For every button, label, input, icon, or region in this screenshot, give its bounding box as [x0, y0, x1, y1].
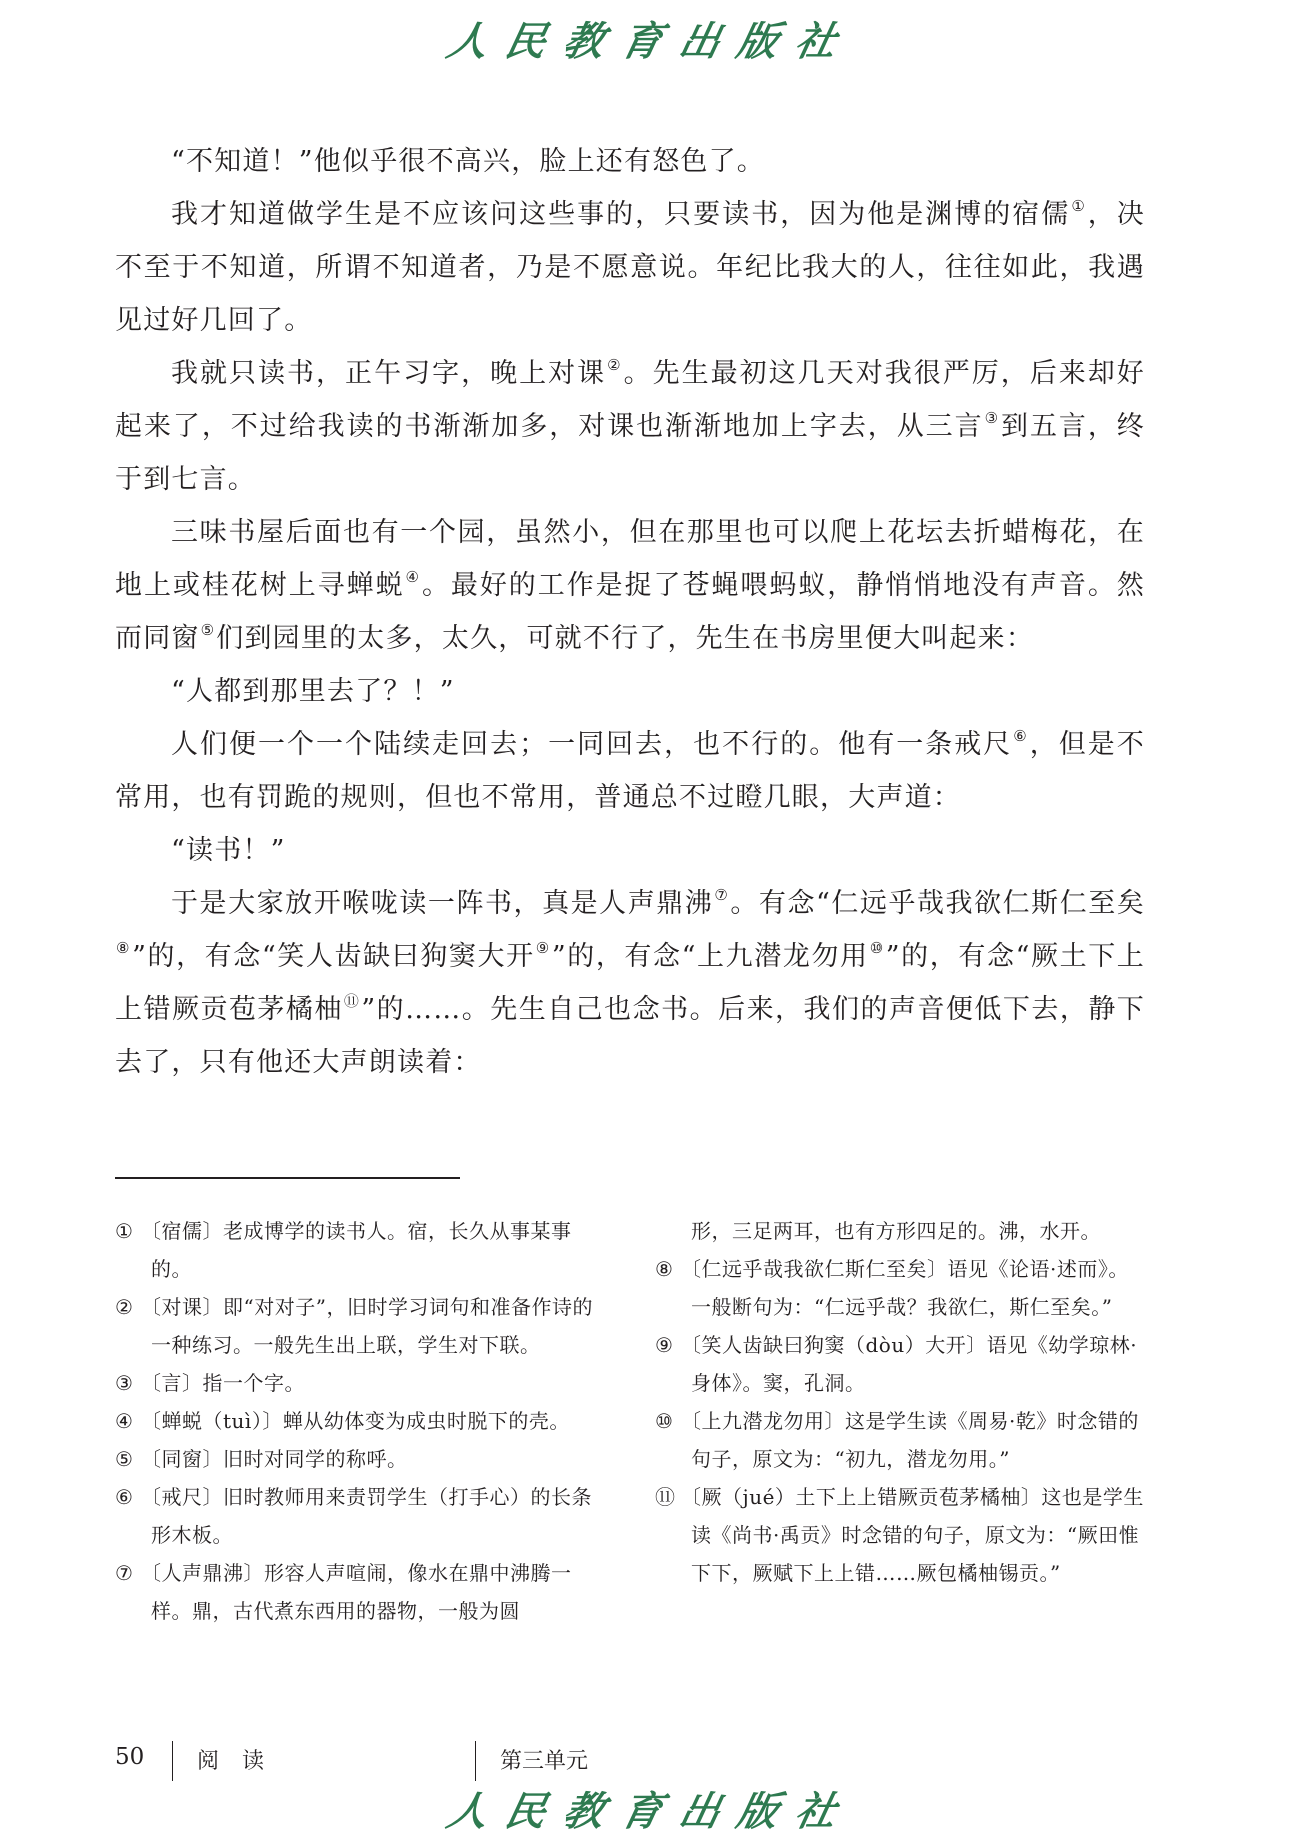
footnote-number: ②	[115, 1288, 141, 1326]
footnote-marker[interactable]: ①	[1071, 197, 1086, 215]
paragraph: “读书！”	[115, 824, 1145, 877]
publisher-logo-header: 人民教育出版社	[0, 10, 1303, 67]
footnote: ②〔对课〕即“对对子”，旧时学习词句和准备作诗的一种练习。一般先生出上联，学生对…	[115, 1288, 605, 1364]
footer-unit: 第三单元	[500, 1744, 588, 1775]
page-number: 50	[115, 1744, 144, 1770]
footer-section: 阅 读	[197, 1744, 272, 1775]
paragraph: 于是大家放开喉咙读一阵书，真是人声鼎沸⑦。有念“仁远乎哉我欲仁斯仁至矣⑧”的，有…	[115, 877, 1145, 1089]
footnote-number: ④	[115, 1402, 141, 1440]
paragraph-text: 。有念“仁远乎哉我欲仁斯仁至矣	[730, 888, 1145, 919]
footnote-number: ⑦	[115, 1554, 141, 1592]
footnote-marker[interactable]: ⑩	[870, 939, 885, 957]
footer-separator	[475, 1741, 476, 1781]
footnote-continuation: 形，三足两耳，也有方形四足的。沸，水开。	[655, 1212, 1145, 1250]
paragraph: “不知道！”他似乎很不高兴，脸上还有怒色了。	[115, 135, 1145, 188]
footnote: ⑨〔笑人齿缺曰狗窦（dòu）大开〕语见《幼学琼林·身体》。窦，孔洞。	[655, 1326, 1145, 1402]
footnotes-right-column: 形，三足两耳，也有方形四足的。沸，水开。 ⑧〔仁远乎哉我欲仁斯仁至矣〕语见《论语…	[655, 1212, 1145, 1630]
footnote-number: ⑪	[655, 1478, 681, 1516]
footer-separator	[172, 1741, 173, 1781]
publisher-logo-footer: 人民教育出版社	[0, 1780, 1303, 1837]
footnote-marker[interactable]: ②	[607, 356, 622, 374]
paragraph-text: 我才知道做学生是不应该问这些事的，只要读书，因为他是渊博的宿儒	[171, 199, 1070, 230]
footnote-text: 〔上九潜龙勿用〕这是学生读《周易·乾》时念错的句子，原文为：“初九，潜龙勿用。”	[681, 1409, 1139, 1471]
footnote: ⑤〔同窗〕旧时对同学的称呼。	[115, 1440, 605, 1478]
footnote: ④〔蝉蜕（tuì）〕蝉从幼体变为成虫时脱下的壳。	[115, 1402, 605, 1440]
footnote-marker[interactable]: ⑪	[344, 992, 360, 1010]
footnote-number: ⑧	[655, 1250, 681, 1288]
paragraph-text: ”的，有念“笑人齿缺曰狗窦大开	[132, 941, 535, 972]
footnote-number: ⑥	[115, 1478, 141, 1516]
paragraph-text: “读书！”	[171, 835, 286, 866]
footnote-text: 〔仁远乎哉我欲仁斯仁至矣〕语见《论语·述而》。一般断句为：“仁远乎哉？我欲仁，斯…	[681, 1257, 1129, 1319]
footnote-number: ⑨	[655, 1326, 681, 1364]
footnote: ⑥〔戒尺〕旧时教师用来责罚学生（打手心）的长条形木板。	[115, 1478, 605, 1554]
footnote-text: 〔人声鼎沸〕形容人声喧闹，像水在鼎中沸腾一样。鼎，古代煮东西用的器物，一般为圆	[141, 1561, 572, 1623]
footnote: ③〔言〕指一个字。	[115, 1364, 605, 1402]
footnote-marker[interactable]: ⑧	[116, 939, 131, 957]
paragraph: “人都到那里去了？！”	[115, 665, 1145, 718]
paragraph: 人们便一个一个陆续走回去；一同回去，也不行的。他有一条戒尺⑥，但是不常用，也有罚…	[115, 718, 1145, 824]
footnote-marker[interactable]: ⑦	[714, 886, 729, 904]
footnote-number: ①	[115, 1212, 141, 1250]
footnote-marker[interactable]: ⑨	[536, 939, 551, 957]
footnote-marker[interactable]: ④	[406, 568, 421, 586]
footnote-text: 〔蝉蜕（tuì）〕蝉从幼体变为成虫时脱下的壳。	[141, 1409, 570, 1433]
page-footer: 50 阅 读 第三单元	[115, 1736, 1145, 1786]
footnote: ⑦〔人声鼎沸〕形容人声喧闹，像水在鼎中沸腾一样。鼎，古代煮东西用的器物，一般为圆	[115, 1554, 605, 1630]
paragraph: 我就只读书，正午习字，晚上对课②。先生最初这几天对我很严厉，后来却好起来了，不过…	[115, 347, 1145, 506]
footnote-text: 〔对课〕即“对对子”，旧时学习词句和准备作诗的一种练习。一般先生出上联，学生对下…	[141, 1295, 593, 1357]
footnote-marker[interactable]: ⑤	[201, 621, 216, 639]
footnote-text: 〔言〕指一个字。	[141, 1371, 305, 1395]
footnote-text: 〔戒尺〕旧时教师用来责罚学生（打手心）的长条形木板。	[141, 1485, 592, 1547]
paragraph-text: “不知道！”他似乎很不高兴，脸上还有怒色了。	[171, 146, 765, 177]
footnote: ①〔宿儒〕老成博学的读书人。宿，长久从事某事的。	[115, 1212, 605, 1288]
footnote-text: 〔同窗〕旧时对同学的称呼。	[141, 1447, 408, 1471]
footnote-number: ⑩	[655, 1402, 681, 1440]
footnote-number: ⑤	[115, 1440, 141, 1478]
footnotes: ①〔宿儒〕老成博学的读书人。宿，长久从事某事的。②〔对课〕即“对对子”，旧时学习…	[115, 1212, 1145, 1630]
footnote-marker[interactable]: ⑥	[1013, 727, 1028, 745]
paragraph-text: 我就只读书，正午习字，晚上对课	[171, 358, 606, 389]
footnote: ⑩〔上九潜龙勿用〕这是学生读《周易·乾》时念错的句子，原文为：“初九，潜龙勿用。…	[655, 1402, 1145, 1478]
footnote-text: 〔宿儒〕老成博学的读书人。宿，长久从事某事的。	[141, 1219, 572, 1281]
footnote-number: ③	[115, 1364, 141, 1402]
footnote-divider	[115, 1177, 460, 1179]
footnote-text: 〔厥（jué）土下上上错厥贡苞茅橘柚〕这也是学生读《尚书·禹贡》时念错的句子，原…	[681, 1485, 1144, 1585]
paragraph-text: 人们便一个一个陆续走回去；一同回去，也不行的。他有一条戒尺	[171, 729, 1012, 760]
paragraph-text: 于是大家放开喉咙读一阵书，真是人声鼎沸	[171, 888, 713, 919]
footnote-text: 〔笑人齿缺曰狗窦（dòu）大开〕语见《幼学琼林·身体》。窦，孔洞。	[681, 1333, 1137, 1395]
footnote-marker[interactable]: ③	[985, 409, 1000, 427]
body-text: “不知道！”他似乎很不高兴，脸上还有怒色了。我才知道做学生是不应该问这些事的，只…	[115, 135, 1145, 1089]
footnote: ⑧〔仁远乎哉我欲仁斯仁至矣〕语见《论语·述而》。一般断句为：“仁远乎哉？我欲仁，…	[655, 1250, 1145, 1326]
footnote: ⑪〔厥（jué）土下上上错厥贡苞茅橘柚〕这也是学生读《尚书·禹贡》时念错的句子，…	[655, 1478, 1145, 1592]
paragraph: 三味书屋后面也有一个园，虽然小，但在那里也可以爬上花坛去折蜡梅花，在地上或桂花树…	[115, 506, 1145, 665]
paragraph-text: 们到园里的太多，太久，可就不行了，先生在书房里便大叫起来：	[216, 623, 1034, 654]
footnotes-left-column: ①〔宿儒〕老成博学的读书人。宿，长久从事某事的。②〔对课〕即“对对子”，旧时学习…	[115, 1212, 605, 1630]
paragraph-text: ”的，有念“上九潜龙勿用	[552, 941, 869, 972]
paragraph-text: “人都到那里去了？！”	[171, 676, 455, 707]
paragraph: 我才知道做学生是不应该问这些事的，只要读书，因为他是渊博的宿儒①，决不至于不知道…	[115, 188, 1145, 347]
